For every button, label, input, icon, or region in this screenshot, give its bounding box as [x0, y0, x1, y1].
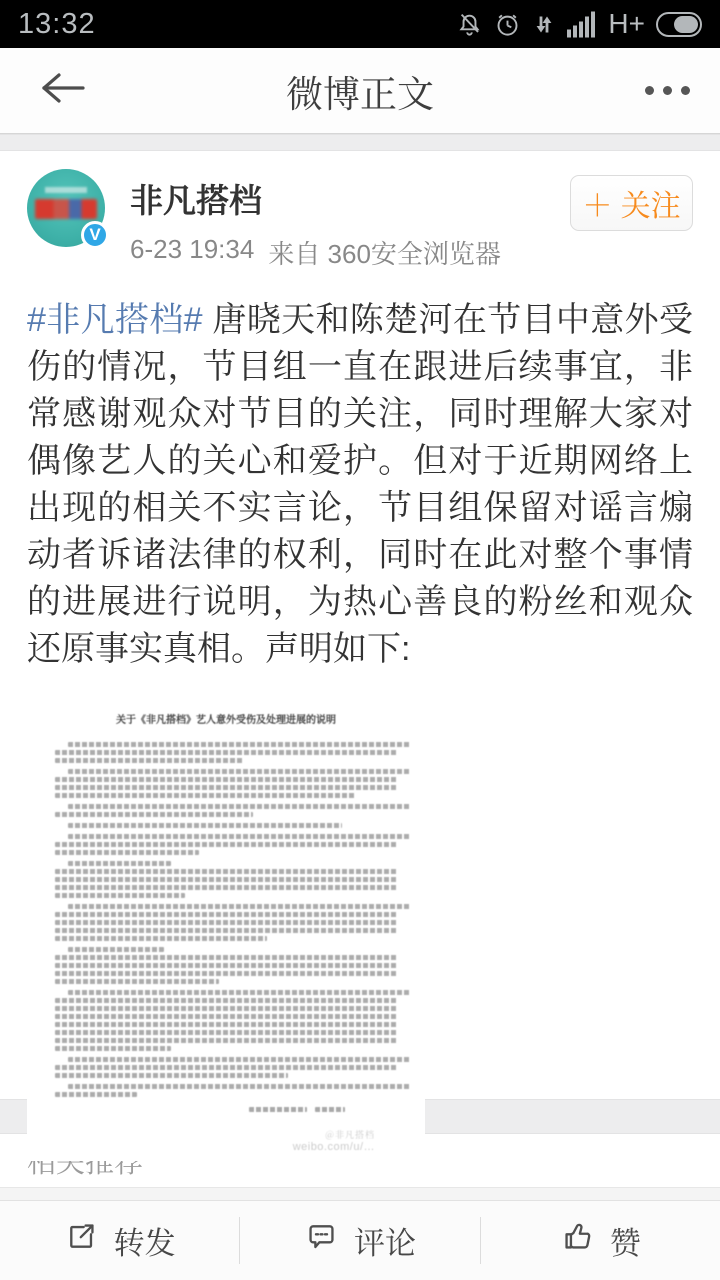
- statement-line: [55, 1006, 397, 1011]
- post-source: 来自 360安全浏览器: [268, 234, 501, 271]
- statement-line: [55, 1046, 171, 1051]
- comment-label: 评论: [354, 1218, 416, 1263]
- statement-line: [55, 812, 253, 817]
- action-bar: 转发 评论 赞: [0, 1200, 720, 1280]
- statement-body: [55, 742, 397, 1097]
- statement-line: [55, 842, 397, 847]
- statement-line: [55, 1022, 397, 1027]
- post-header: V 非凡搭档 6-23 19:34 来自 360安全浏览器 ＋ 关注: [27, 151, 693, 271]
- statement-line: [68, 947, 164, 952]
- battery-icon: [656, 12, 702, 37]
- statement-paragraph: [55, 1084, 397, 1097]
- repost-button[interactable]: 转发: [0, 1201, 239, 1280]
- statement-line: [68, 804, 410, 809]
- separator-band: [0, 134, 720, 151]
- statement-line: [55, 963, 397, 968]
- statement-line: [55, 920, 397, 925]
- statement-line: [55, 1065, 397, 1070]
- statement-title: 关于《非凡搭档》艺人意外受伤及处理进展的说明: [55, 711, 397, 726]
- statement-line: [55, 893, 185, 898]
- post-card: V 非凡搭档 6-23 19:34 来自 360安全浏览器 ＋ 关注 #非凡搭档…: [0, 151, 720, 1099]
- post-body-text: #非凡搭档# 唐晓天和陈楚河在节目中意外受伤的情况，节目组一直在跟进后续事宜，非…: [27, 297, 693, 673]
- statement-line: [68, 990, 410, 995]
- like-button[interactable]: 赞: [481, 1201, 720, 1280]
- comment-button[interactable]: 评论: [240, 1201, 479, 1280]
- statement-line: [55, 1038, 397, 1043]
- statement-signature: [55, 1107, 397, 1112]
- statement-line: [55, 777, 397, 782]
- hashtag-link[interactable]: #非凡搭档#: [27, 301, 203, 339]
- statement-paragraph: [55, 834, 397, 855]
- statement-line: [55, 758, 243, 763]
- thumbs-up-icon: [560, 1219, 595, 1262]
- statement-line: [55, 955, 397, 960]
- statement-paragraph: [55, 804, 397, 817]
- more-menu-button[interactable]: [645, 48, 690, 133]
- statement-line: [55, 877, 397, 882]
- statement-paragraph: [55, 823, 397, 828]
- signal-icon: [567, 11, 597, 38]
- weibo-watermark: ＠非凡搭档 weibo.com/u/…: [55, 1128, 397, 1153]
- statement-line: [68, 834, 410, 839]
- more-dots-icon: [681, 86, 690, 95]
- statement-paragraph: [55, 742, 397, 763]
- statement-paragraph: [55, 947, 397, 984]
- status-icons: H+: [456, 8, 702, 40]
- battery-fill: [674, 16, 698, 33]
- navbar: 微博正文: [0, 48, 720, 134]
- statement-paragraph: [55, 769, 397, 798]
- statement-line: [55, 1030, 397, 1035]
- statement-line: [55, 998, 397, 1003]
- verified-badge-icon: V: [81, 221, 109, 249]
- statement-line: [68, 861, 171, 866]
- repost-icon: [64, 1219, 99, 1262]
- statement-line: [55, 850, 199, 855]
- statement-line: [68, 823, 342, 828]
- separator-strip: [0, 1188, 720, 1200]
- avatar[interactable]: V: [27, 169, 105, 247]
- statement-line: [68, 1084, 410, 1089]
- post-meta: 6-23 19:34 来自 360安全浏览器: [130, 234, 501, 271]
- more-dots-icon: [645, 86, 654, 95]
- statement-line: [55, 785, 397, 790]
- statement-line: [68, 742, 410, 747]
- statement-line: [68, 1057, 410, 1062]
- status-bar: 13:32: [0, 0, 720, 48]
- data-arrows-icon: [532, 11, 556, 38]
- statement-line: [55, 750, 397, 755]
- avatar-artwork: [35, 199, 97, 219]
- statement-line: [55, 936, 267, 941]
- user-info: 非凡搭档 6-23 19:34 来自 360安全浏览器: [130, 169, 501, 271]
- comment-icon: [304, 1219, 339, 1262]
- statement-line: [55, 885, 397, 890]
- like-label: 赞: [610, 1218, 641, 1263]
- statement-line: [55, 912, 397, 917]
- statement-line: [55, 971, 397, 976]
- statement-line: [68, 904, 410, 909]
- statement-image[interactable]: 关于《非凡搭档》艺人意外受伤及处理进展的说明 ＠非凡搭档 weibo.com/u…: [27, 693, 425, 1161]
- statement-line: [55, 1014, 397, 1019]
- post-timestamp: 6-23 19:34: [130, 234, 254, 271]
- avatar-artwork: [45, 187, 87, 193]
- statement-line: [68, 769, 410, 774]
- statement-paragraph: [55, 861, 397, 898]
- more-dots-icon: [663, 86, 672, 95]
- alarm-icon: [494, 11, 521, 38]
- watermark-url: weibo.com/u/…: [55, 1141, 375, 1153]
- statement-line: [55, 793, 356, 798]
- follow-button[interactable]: ＋ 关注: [570, 175, 693, 231]
- watermark-mark: ＠非凡搭档: [55, 1128, 375, 1141]
- statement-line: [55, 869, 397, 874]
- author-name[interactable]: 非凡搭档: [130, 175, 501, 222]
- network-type-label: H+: [608, 8, 645, 40]
- back-arrow-icon: [36, 68, 88, 113]
- statement-paragraph: [55, 990, 397, 1051]
- post-body: 唐晓天和陈楚河在节目中意外受伤的情况，节目组一直在跟进后续事宜，非常感谢观众对节…: [27, 301, 693, 668]
- repost-label: 转发: [114, 1218, 176, 1263]
- statement-line: [55, 1073, 288, 1078]
- statement-line: [55, 928, 397, 933]
- back-button[interactable]: [0, 48, 110, 133]
- statement-line: [55, 1092, 137, 1097]
- mute-bell-icon: [456, 11, 483, 38]
- statement-paragraph: [55, 904, 397, 941]
- statement-paragraph: [55, 1057, 397, 1078]
- clock: 13:32: [18, 8, 96, 41]
- statement-line: [55, 979, 219, 984]
- weibo-post-screen: 13:32: [0, 0, 720, 1280]
